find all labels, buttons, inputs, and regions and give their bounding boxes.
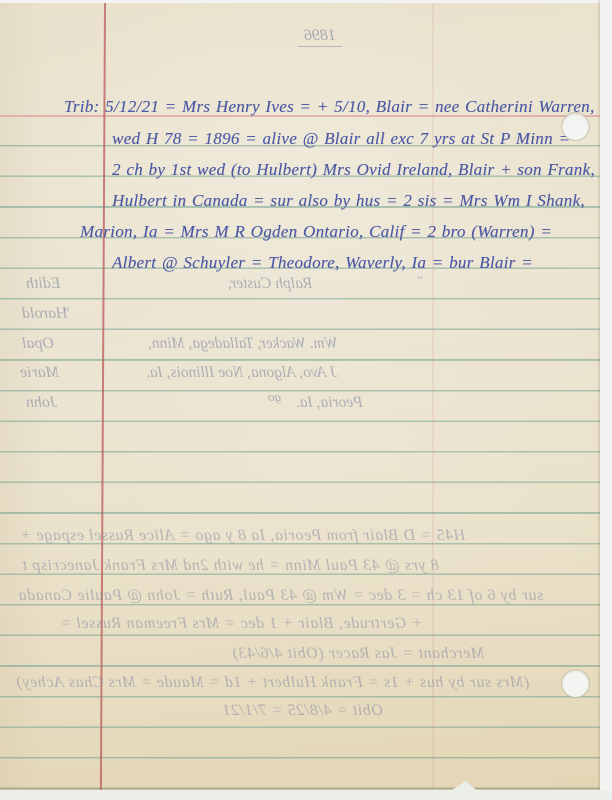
- scan-edge-top: [0, 0, 612, 3]
- bleed-line-text: Obit = 4/8/25 = 7/1/21: [222, 702, 383, 720]
- bleed-line: sur by 6 of 13 ch = 3 dec = Wm @ 43 Paul…: [18, 587, 543, 605]
- bleed-line-text: + Gertrude, Blair + 1 dec = Mrs Freeman …: [60, 615, 422, 633]
- bleed-name: Marie: [20, 364, 59, 382]
- scan-edge-bottom: [0, 790, 612, 800]
- entry-line: wed H 78 = 1896 = alive @ Blair all exc …: [112, 129, 570, 149]
- entry-line: Marion, Ia = Mrs M R Ogden Ontario, Cali…: [80, 222, 552, 242]
- bleed-detail: ": [64, 305, 71, 323]
- bleed-line: H45 = D Blair from Peoria, Ia 8 y ago = …: [20, 527, 465, 545]
- bleed-detail: Peoria, Ia.: [296, 394, 363, 412]
- bleed-row: Harold ": [0, 305, 600, 329]
- bleed-extra: ": [418, 273, 423, 289]
- bleed-line-text: sur by 6 of 13 ch = 3 dec = Wm @ 43 Paul…: [18, 587, 543, 605]
- entry-line: Hulbert in Canada = sur also by hus = 2 …: [112, 191, 585, 211]
- bleed-line: (Mrs sur by hus + 1s = Frank Hulbert + 1…: [16, 674, 529, 692]
- notebook-paper: 1896 Trib: 5/12/21 = Mrs Henry Ives = + …: [0, 3, 600, 790]
- hole-punch-top: [562, 113, 589, 140]
- bleed-year: 1896: [298, 27, 342, 47]
- bleed-name: Edith: [26, 275, 61, 293]
- bleed-name: John: [26, 394, 57, 412]
- bleed-row: Marie J Avo, Algona, Noe Illinois, Ia.: [0, 364, 600, 388]
- bleed-row: Edith Ralph Custer, ": [0, 275, 600, 299]
- scan-edge-right: [600, 0, 612, 800]
- bleed-extra: go: [268, 389, 281, 405]
- bleed-detail: Wm. Wacker, Talladega, Minn,: [148, 335, 338, 353]
- bleed-line: 8 yrs @ 43 Paul Minn = he with 2nd Mrs F…: [22, 557, 439, 575]
- bleed-row: John Peoria, Ia. go: [0, 394, 600, 418]
- entry-line: Trib: 5/12/21 = Mrs Henry Ives = + 5/10,…: [64, 97, 595, 117]
- bleed-name: Harold: [22, 305, 68, 323]
- bleed-year-text: 1896: [304, 27, 336, 45]
- bleed-line: Merchant = Jas Racer (Obit 4/6/43): [232, 645, 484, 663]
- bleed-detail: Ralph Custer,: [228, 275, 312, 293]
- scanned-page: 1896 Trib: 5/12/21 = Mrs Henry Ives = + …: [0, 0, 612, 800]
- bleed-detail: J Avo, Algona, Noe Illinois, Ia.: [146, 364, 337, 382]
- bleed-name: Opal: [22, 335, 54, 353]
- bleed-line-text: H45 = D Blair from Peoria, Ia 8 y ago = …: [20, 527, 465, 545]
- entry-line: 2 ch by 1st wed (to Hulbert) Mrs Ovid Ir…: [112, 160, 595, 180]
- hole-punch-bottom: [562, 670, 589, 697]
- bleed-line: Obit = 4/8/25 = 7/1/21: [222, 702, 383, 720]
- bleed-line-text: (Mrs sur by hus + 1s = Frank Hulbert + 1…: [16, 674, 529, 692]
- bleed-row: Opal Wm. Wacker, Talladega, Minn,: [0, 335, 600, 359]
- bleed-line-text: 8 yrs @ 43 Paul Minn = he with 2nd Mrs F…: [22, 557, 439, 575]
- bleed-line: + Gertrude, Blair + 1 dec = Mrs Freeman …: [60, 615, 422, 633]
- bleed-line-text: Merchant = Jas Racer (Obit 4/6/43): [232, 645, 484, 663]
- bottom-edge-nick: [452, 781, 476, 790]
- entry-line: Albert @ Schuyler = Theodore, Waverly, I…: [112, 253, 533, 273]
